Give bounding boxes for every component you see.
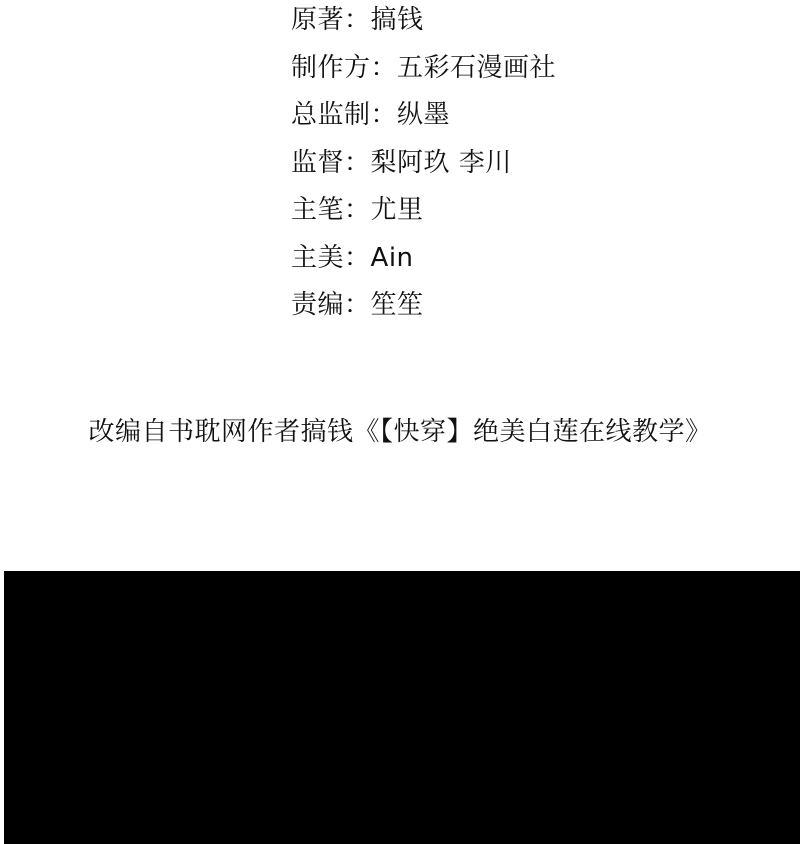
credit-role: 原著 — [291, 5, 344, 35]
credit-editor: 责编：笙笙 — [291, 282, 556, 330]
credit-executive-producer: 总监制：纵墨 — [291, 92, 556, 140]
black-comic-panel — [4, 571, 800, 844]
credit-role: 主美 — [291, 243, 344, 273]
credit-role: 制作方 — [291, 53, 371, 83]
credit-separator: ： — [344, 5, 371, 35]
credit-name: 搞钱 — [371, 5, 424, 35]
credit-name: 五彩石漫画社 — [397, 53, 556, 83]
credit-name: 尤里 — [371, 195, 424, 225]
adaptation-note: 改编自书耽网作者搞钱《【快穿】绝美白莲在线教学》 — [0, 410, 800, 454]
credit-separator: ： — [344, 243, 371, 273]
credit-producer: 制作方：五彩石漫画社 — [291, 45, 556, 93]
credit-name: Ain — [371, 243, 414, 273]
credit-supervisor: 监督：梨阿玖 李川 — [291, 140, 556, 188]
credit-separator: ： — [344, 195, 371, 225]
credit-lead-artist: 主笔：尤里 — [291, 187, 556, 235]
credit-name: 梨阿玖 李川 — [371, 148, 512, 178]
credit-role: 监督 — [291, 148, 344, 178]
credit-separator: ： — [371, 53, 398, 83]
credit-separator: ： — [344, 290, 371, 320]
credit-art-director: 主美：Ain — [291, 235, 556, 283]
credit-separator: ： — [344, 148, 371, 178]
credit-role: 总监制 — [291, 100, 371, 130]
credit-original-author: 原著：搞钱 — [291, 0, 556, 45]
credit-separator: ： — [371, 100, 398, 130]
credit-name: 纵墨 — [397, 100, 450, 130]
credits-list: 原著：搞钱 制作方：五彩石漫画社 总监制：纵墨 监督：梨阿玖 李川 主笔：尤里 … — [291, 0, 556, 330]
credit-role: 主笔 — [291, 195, 344, 225]
credit-name: 笙笙 — [371, 290, 424, 320]
credit-role: 责编 — [291, 290, 344, 320]
